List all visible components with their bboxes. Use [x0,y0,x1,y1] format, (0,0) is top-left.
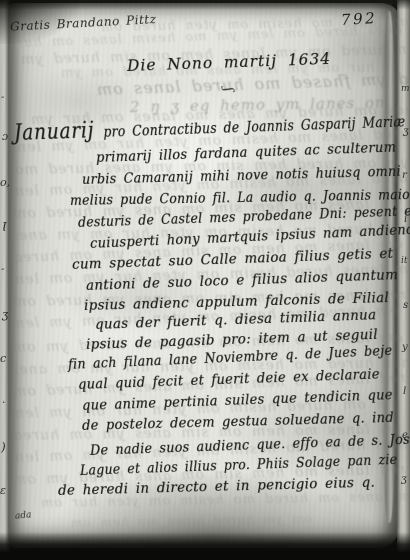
manuscript-line: primarij illos fardana quites ac sculter… [96,140,397,166]
ink-mark: m, [401,84,410,94]
date-heading: Die Nono martij 1634 [127,49,332,75]
ink-mark: ‐ [1,92,4,103]
manuscript-line: antioni de suo loco e filius alios quant… [86,267,399,294]
ink-mark: e [402,430,408,441]
ink-mark: ada [15,510,32,521]
ink-mark: y [402,342,408,353]
ink-mark: ʒ [403,126,409,137]
ink-mark: r [402,170,407,181]
ink-mark: l [403,386,406,397]
ink-mark: ʃ [220,86,235,92]
ink-mark: ɛ [0,484,6,497]
ink-mark: Ɩ [2,220,7,234]
ink-mark: it [401,256,408,266]
ink-mark: i [404,214,407,225]
ink-mark: ʒ [401,474,407,485]
manuscript-line: de heredi in directo et in pencigio eius… [58,475,375,499]
manuscript-line: Januarij pro Contractibus de Joannis Gas… [14,105,410,146]
ink-mark: s [403,300,408,311]
line-lead-word: Januarij [14,117,104,146]
top-left-corner-shadow [0,0,80,44]
ink-mark: - [1,264,4,275]
manuscript-line: de posteloz decem gestua soluedane q. in… [82,410,394,434]
handwriting-layer: Gratis Brandano Pittz 792 Die Nono marti… [0,0,410,560]
bottom-edge-shadow [0,532,410,560]
ink-mark: ɔ [2,130,8,143]
manuscript-photo: om hured ym lanes mo hesim om yten hured… [0,0,410,560]
ink-mark: · [2,396,6,409]
ink-mark: ) [1,440,6,454]
ink-mark: o, [0,176,10,189]
folio-number: 792 [341,9,378,29]
manuscript-line: urbis Camaranij mihi nove notis huiusq o… [82,164,401,188]
ink-mark: c [0,352,6,365]
ink-mark: ʒ [2,308,8,321]
